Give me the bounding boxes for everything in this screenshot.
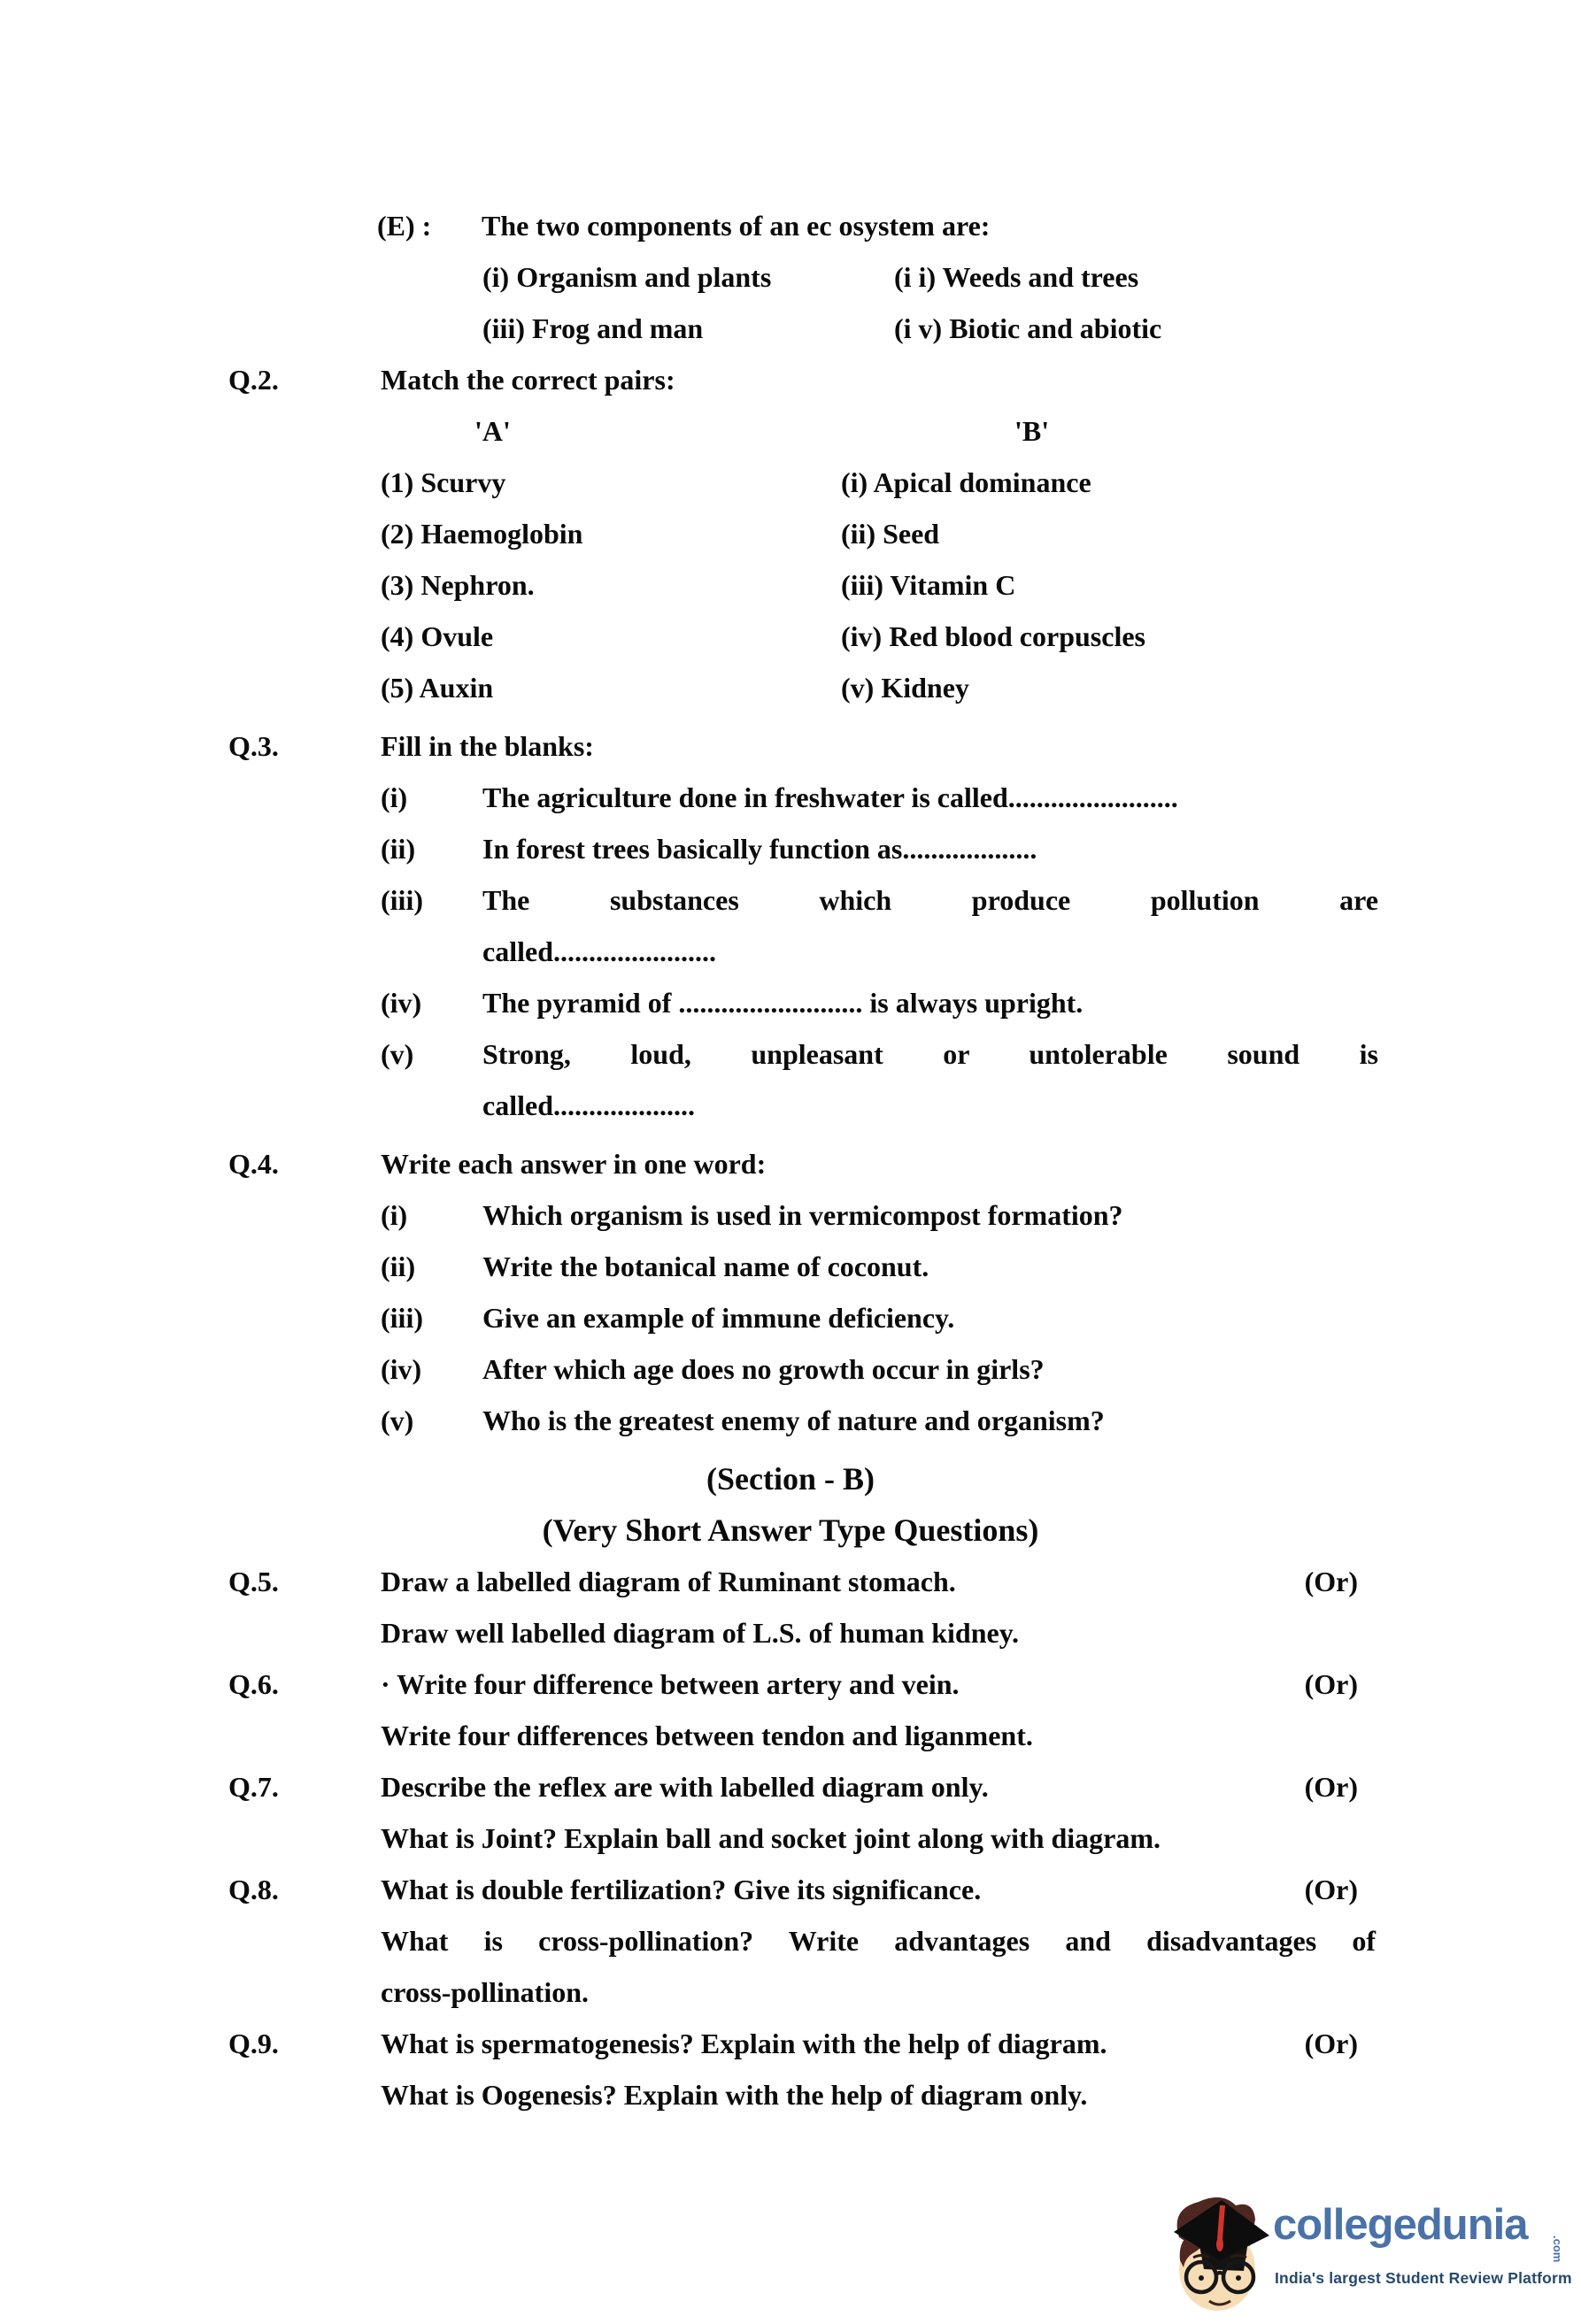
column-a-header: 'A' [381,405,841,457]
item-text: Give an example of immune deficiency. [482,1302,954,1334]
or-label: (Or) [1305,1556,1358,1607]
blank-item: (i)The agriculture done in freshwater is… [0,772,1581,823]
item-text: The agriculture done in freshwater is ca… [482,781,1178,813]
question-number: Q.7. [228,1761,381,1812]
column-b-header: 'B' [841,405,1049,457]
pair-b: (iv) Red blood corpuscles [841,620,1145,652]
question-text: Draw a labelled diagram of Ruminant stom… [381,1566,956,1597]
blank-item-continuation: called.................... [0,1080,1581,1131]
section-b-heading: (Section - B) [0,1453,1581,1504]
pair-a: (1) Scurvy [381,457,841,508]
question-2: Q.2.Match the correct pairs: [0,354,1581,405]
item-text: Which organism is used in vermicompost f… [482,1199,1123,1231]
one-word-item: (v)Who is the greatest enemy of nature a… [0,1395,1581,1446]
question-8: Q.8.What is double fertilization? Give i… [0,1864,1581,1915]
blank-item-continuation: called....................... [0,926,1581,977]
alternative-question: Draw well labelled diagram of L.S. of hu… [0,1607,1581,1658]
or-label: (Or) [1305,2018,1358,2069]
match-pair-row: (3) Nephron.(iii) Vitamin C [0,559,1581,611]
or-label: (Or) [1305,1864,1358,1915]
item-label: (i) [381,1189,482,1241]
question-7: Q.7.Describe the reflex are with labelle… [0,1761,1581,1812]
blank-item: (ii)In forest trees basically function a… [0,823,1581,874]
question-text: Fill in the blanks: [381,730,594,762]
question-text: Describe the reflex are with labelled di… [381,1771,989,1803]
question-number: Q.3. [228,720,381,772]
item-label: (ii) [381,1241,482,1292]
scanned-question-paper: (E) :The two components of an ec osystem… [0,0,1581,2324]
question-4: Q.4.Write each answer in one word: [0,1138,1581,1189]
paper-body: (E) :The two components of an ec osystem… [0,0,1581,2120]
item-label: (v) [381,1395,482,1446]
question-6: Q.6.· Write four difference between arte… [0,1658,1581,1710]
collegedunia-logo: collegedunia .com India's largest Studen… [1167,2166,1579,2322]
option-e-label: (E) : [377,200,482,251]
question-text: What is spermatogenesis? Explain with th… [381,2028,1107,2059]
choice-ii: (i i) Weeds and trees [894,261,1138,293]
item-label: (iv) [381,1343,482,1395]
alternative-question: Write four differences between tendon an… [0,1710,1581,1761]
question-number: Q.4. [228,1138,381,1189]
question-text: Write each answer in one word: [381,1148,766,1180]
option-e-choices-row: (i) Organism and plants(i i) Weeds and t… [0,251,1581,303]
item-label: (v) [381,1028,482,1080]
match-pair-row: (1) Scurvy(i) Apical dominance [0,457,1581,508]
item-label: (i) [381,772,482,823]
question-3: Q.3.Fill in the blanks: [0,720,1581,772]
match-column-headers: 'A''B' [0,405,1581,457]
option-e-choices-row: (iii) Frog and man(i v) Biotic and abiot… [0,303,1581,354]
alternative-question: What is cross-pollination? Write advanta… [0,1915,1581,1966]
pair-b: (i) Apical dominance [841,466,1091,498]
or-label: (Or) [1305,1658,1358,1710]
question-5: Q.5.Draw a labelled diagram of Ruminant … [0,1556,1581,1607]
question-text: What is double fertilization? Give its s… [381,1874,981,1905]
item-label: (iv) [381,977,482,1028]
item-text: The substances which produce pollution a… [482,874,1378,926]
brand-text: collegedunia [1273,2201,1528,2249]
match-pair-row: (4) Ovule(iv) Red blood corpuscles [0,611,1581,662]
option-e-text: The two components of an ec osystem are: [482,210,990,242]
item-text: Who is the greatest enemy of nature and … [482,1404,1105,1436]
item-text: Write the botanical name of coconut. [482,1250,929,1282]
question-number: Q.5. [228,1556,381,1607]
item-text: After which age does no growth occur in … [482,1353,1045,1385]
alternative-question-line1: What is cross-pollination? Write advanta… [381,1915,1376,1966]
item-label: (ii) [381,823,482,874]
one-word-item: (i)Which organism is used in vermicompos… [0,1189,1581,1241]
blank-item: (iii)The substances which produce pollut… [0,874,1581,926]
collegedunia-mascot-icon [1167,2189,1271,2315]
pair-a: (4) Ovule [381,611,841,662]
question-text: · Write four difference between artery a… [381,1668,960,1700]
item-text: Strong, loud, unpleasant or untolerable … [482,1028,1378,1080]
question-number: Q.6. [228,1658,381,1710]
pair-b: (iii) Vitamin C [841,569,1015,601]
choice-iii: (iii) Frog and man [482,303,894,354]
item-label: (iii) [381,1292,482,1343]
match-pair-row: (2) Haemoglobin(ii) Seed [0,508,1581,559]
one-word-item: (iv)After which age does no growth occur… [0,1343,1581,1395]
pair-b: (v) Kidney [841,672,969,704]
one-word-item: (ii)Write the botanical name of coconut. [0,1241,1581,1292]
item-label: (iii) [381,874,482,926]
match-pair-row: (5) Auxin(v) Kidney [0,662,1581,713]
question-text: Match the correct pairs: [381,364,675,396]
choice-iv: (i v) Biotic and abiotic [894,312,1161,344]
item-text: In forest trees basically function as...… [482,833,1037,865]
question-number: Q.2. [228,354,381,405]
pair-a: (5) Auxin [381,662,841,713]
alternative-question: What is Joint? Explain ball and socket j… [0,1812,1581,1864]
alternative-question: What is Oogenesis? Explain with the help… [0,2069,1581,2120]
question-number: Q.9. [228,2018,381,2069]
section-b-subheading: (Very Short Answer Type Questions) [0,1504,1581,1556]
item-text: The pyramid of .........................… [482,987,1083,1019]
blank-item: (iv)The pyramid of .....................… [0,977,1581,1028]
question-9: Q.9.What is spermatogenesis? Explain wit… [0,2018,1581,2069]
or-label: (Or) [1305,1761,1358,1812]
one-word-item: (iii)Give an example of immune deficienc… [0,1292,1581,1343]
choice-i: (i) Organism and plants [482,251,894,303]
pair-a: (3) Nephron. [381,559,841,611]
alternative-question-line2: cross-pollination. [0,1966,1581,2018]
pair-a: (2) Haemoglobin [381,508,841,559]
collegedunia-wordmark: collegedunia [1273,2204,1528,2247]
pair-b: (ii) Seed [841,518,939,550]
brand-tagline: India's largest Student Review Platform [1275,2269,1572,2288]
option-e-question: (E) :The two components of an ec osystem… [0,200,1581,251]
question-number: Q.8. [228,1864,381,1915]
brand-tld: .com [1551,2236,1564,2262]
blank-item: (v)Strong, loud, unpleasant or untolerab… [0,1028,1581,1080]
